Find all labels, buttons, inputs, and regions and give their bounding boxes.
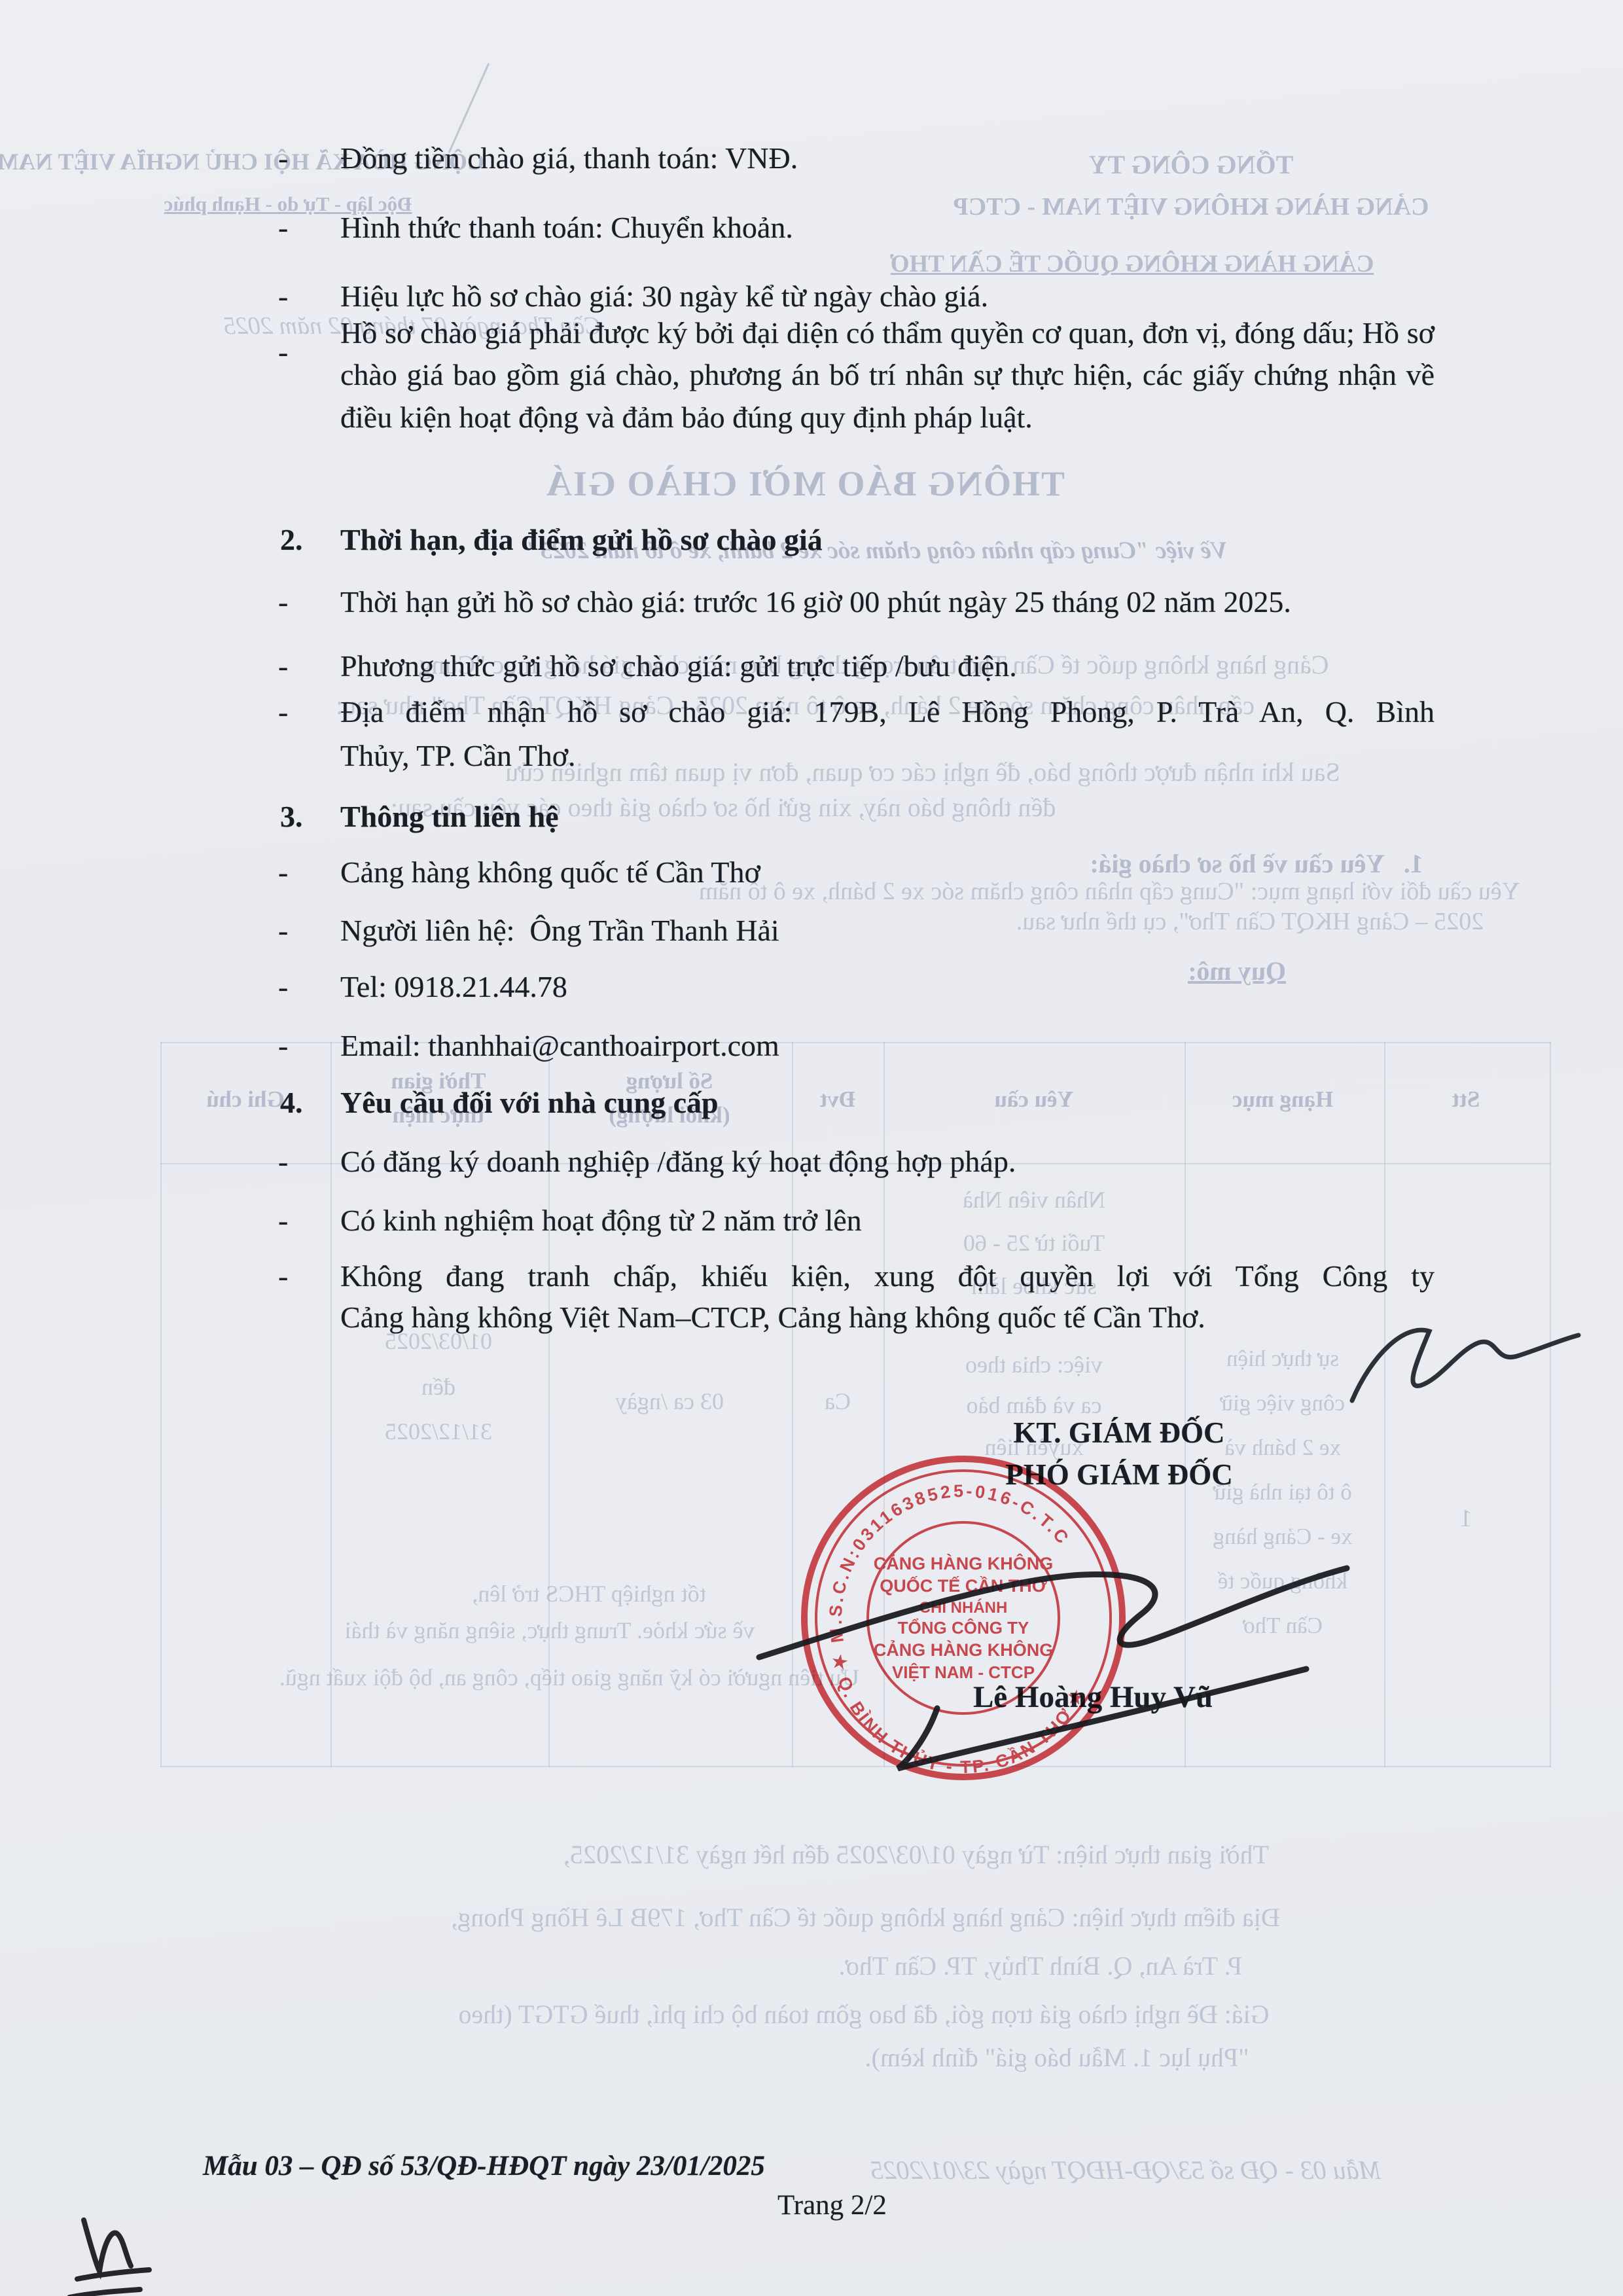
bullet-dash: - xyxy=(278,277,288,317)
bleed-table-border xyxy=(330,1042,332,1767)
section-number: 2. xyxy=(280,520,303,560)
body-paragraph: Hồ sơ chào giá phải được ký bởi đại diện… xyxy=(340,312,1435,439)
signature-stroke xyxy=(898,1669,1306,1768)
bleed-quymo-label: Quy mô: xyxy=(1165,956,1309,986)
body-line: Thủy, TP. Cần Thơ. xyxy=(340,736,576,776)
bleed-th: Đvt xyxy=(795,1086,880,1113)
body-line: Thời hạn gửi hồ sơ chào giá: trước 16 gi… xyxy=(340,583,1291,622)
bleed-td: 03 ca /ngày xyxy=(555,1388,784,1415)
email-line: Email: thanhhai@canthoairport.com xyxy=(340,1026,779,1066)
section-number: 4. xyxy=(280,1083,303,1123)
bleed-line: Yêu cầu đối với hạng mục: "Cung cấp nhân… xyxy=(648,877,1571,906)
bleed-th: Yêu cầu xyxy=(890,1086,1178,1113)
bullet-dash: - xyxy=(278,967,288,1007)
initials-stroke xyxy=(77,2270,149,2279)
bleed-td: đến xyxy=(337,1373,540,1401)
body-line: Cảng hàng không quốc tế Cần Thơ xyxy=(340,853,760,893)
bleed-th: Stt xyxy=(1387,1086,1544,1113)
bleed-line: Giá: Đề nghị chào giá trọn gói, đã bao g… xyxy=(180,1999,1548,2030)
bleed-line: đến thông báo này, xin gửi hồ sơ chào gi… xyxy=(164,792,1283,823)
bleed-footer: Mẫu 03 - QĐ số 53/QĐ-HĐQT ngày 23/01/202… xyxy=(831,2155,1420,2185)
bleed-line: 2025 – Cảng HKQT Cần Thơ", cụ thể như sa… xyxy=(1001,907,1499,936)
body-line: Có kinh nghiệm hoạt động từ 2 năm trở lê… xyxy=(340,1201,862,1241)
handwritten-mark xyxy=(1322,1309,1610,1433)
footer-page-number: Trang 2/2 xyxy=(777,2187,887,2225)
bullet-dash: - xyxy=(278,692,288,732)
handwritten-stroke xyxy=(1352,1330,1578,1401)
body-line: Địa điểm nhận hồ sơ chào giá: 179B, Lê H… xyxy=(340,692,1435,732)
bullet-dash: - xyxy=(278,1257,288,1297)
bleed-notice-title: THÔNG BÁO MỜI CHÀO GIÁ xyxy=(484,463,1126,504)
body-line: Phương thức gửi hồ sơ chào giá: gửi trực… xyxy=(340,647,1017,687)
section-number: 3. xyxy=(280,797,303,837)
section-title: Thông tin liên hệ xyxy=(340,797,559,837)
section-title: Yêu cầu đối với nhà cung cấp xyxy=(340,1083,719,1123)
bullet-dash: - xyxy=(278,1142,288,1182)
bleed-td: 31/12/2025 xyxy=(337,1418,540,1445)
body-line: Có đăng ký doanh nghiệp /đăng ký hoạt độ… xyxy=(340,1142,1016,1182)
bleed-line: P. Trà An, Q. Bình Thủy, TP. Cần Thơ. xyxy=(753,1950,1329,1981)
bullet-dash: - xyxy=(278,332,288,372)
contact-person-line: Người liên hệ: Ông Trần Thanh Hải xyxy=(340,911,779,951)
phone-line: Tel: 0918.21.44.78 xyxy=(340,967,567,1007)
bleed-company-line2: CẢNG HÀNG KHÔNG VIỆT NAM - CTCP xyxy=(877,192,1505,221)
footer-form-reference: Mẫu 03 – QĐ số 53/QĐ-HĐQT ngày 23/01/202… xyxy=(203,2148,765,2185)
bleed-line: Thời gian thực hiện: Từ ngày 01/03/2025 … xyxy=(340,1839,1492,1870)
bullet-dash: - xyxy=(278,139,288,179)
scanned-document-page: CỘNG HÒA XÃ HỘI CHỦ NGHĨA VIỆT NAM Độc l… xyxy=(0,0,1623,2296)
bullet-dash: - xyxy=(278,911,288,951)
bleed-td: Tuổi từ 25 - 60 xyxy=(890,1229,1178,1257)
bleed-th: Hạng mục xyxy=(1188,1086,1378,1113)
bleed-line: Địa điểm thực hiện: Cảng hàng không quốc… xyxy=(183,1902,1548,1933)
bleed-td: việc: chia theo xyxy=(890,1351,1178,1378)
bleed-company-line1: TỔNG CÔNG TY xyxy=(1060,149,1322,180)
initials-stroke xyxy=(84,2220,131,2271)
bullet-dash: - xyxy=(278,208,288,248)
bleed-line: "Phụ lục 1. Mẫu báo giá" đính kèm). xyxy=(789,2042,1325,2073)
body-line: Hình thức thanh toán: Chuyển khoản. xyxy=(340,208,793,248)
bleed-td: Ca xyxy=(795,1388,880,1415)
body-line: Không đang tranh chấp, khiếu kiện, xung … xyxy=(340,1257,1435,1297)
handwritten-initials xyxy=(59,2206,209,2296)
bullet-dash: - xyxy=(278,1201,288,1241)
bullet-dash: - xyxy=(278,647,288,687)
bleed-td: Nhân viên Nhà xyxy=(890,1186,1178,1213)
bleed-table-border xyxy=(160,1042,162,1767)
bleed-section-heading: 1. Yêu cầu về hồ sơ chào giá: xyxy=(1086,848,1427,879)
bullet-dash: - xyxy=(278,583,288,622)
signature-stroke xyxy=(759,1568,1347,1657)
bullet-dash: - xyxy=(278,853,288,893)
bleed-td: 1 xyxy=(1387,1504,1544,1533)
initials-stroke xyxy=(69,2289,140,2296)
body-line: Cảng hàng không Việt Nam–CTCP, Cảng hàng… xyxy=(340,1298,1205,1338)
body-line: Hiệu lực hồ sơ chào giá: 30 ngày kể từ n… xyxy=(340,277,988,317)
section-title: Thời hạn, địa điểm gửi hồ sơ chào giá xyxy=(340,520,823,560)
bullet-dash: - xyxy=(278,1026,288,1066)
signature-ink xyxy=(707,1499,1368,1806)
bleed-company-line3: CẢNG HÀNG KHÔNG QUỐC TẾ CẦN THƠ xyxy=(831,250,1433,278)
body-line: Đồng tiền chào giá, thanh toán: VNĐ. xyxy=(340,139,798,179)
